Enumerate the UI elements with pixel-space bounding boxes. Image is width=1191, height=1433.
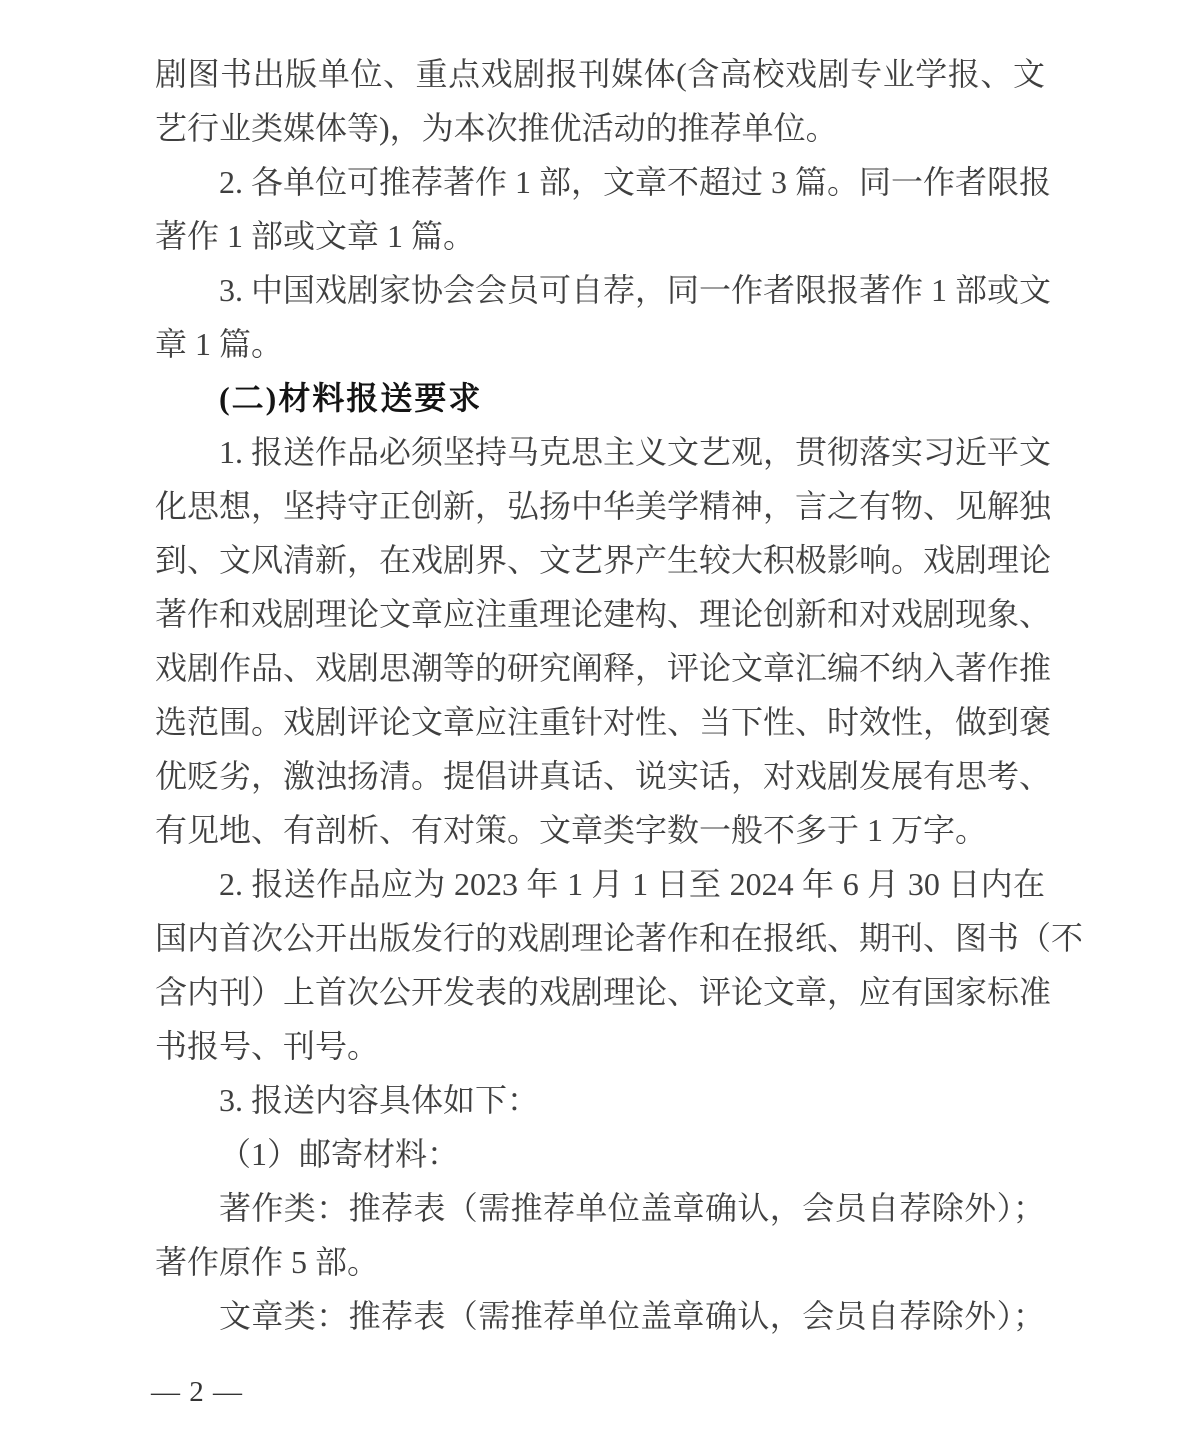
page-number: — 2 —	[151, 1372, 243, 1412]
text-line: （1）邮寄材料：	[155, 1127, 1045, 1181]
text-line: 著作类：推荐表（需推荐单位盖章确认，会员自荐除外）；	[155, 1181, 1045, 1235]
text-line: 到、文风清新，在戏剧界、文艺界产生较大积极影响。戏剧理论	[155, 533, 1045, 587]
document-page: 剧图书出版单位、重点戏剧报刊媒体(含高校戏剧专业学报、文 艺行业类媒体等)，为本…	[0, 0, 1191, 1433]
text-line: 著作原作 5 部。	[155, 1235, 1045, 1289]
text-line: 3. 中国戏剧家协会会员可自荐，同一作者限报著作 1 部或文	[155, 263, 1045, 317]
text-line: 著作和戏剧理论文章应注重理论建构、理论创新和对戏剧现象、	[155, 587, 1045, 641]
text-line: 化思想，坚持守正创新，弘扬中华美学精神，言之有物、见解独	[155, 479, 1045, 533]
text-line: 3. 报送内容具体如下：	[155, 1073, 1045, 1127]
text-line: 优贬劣，激浊扬清。提倡讲真话、说实话，对戏剧发展有思考、	[155, 749, 1045, 803]
section-heading: (二)材料报送要求	[155, 371, 1045, 425]
text-line: 书报号、刊号。	[155, 1019, 1045, 1073]
text-line: 有见地、有剖析、有对策。文章类字数一般不多于 1 万字。	[155, 803, 1045, 857]
text-line: 国内首次公开出版发行的戏剧理论著作和在报纸、期刊、图书（不	[155, 911, 1045, 965]
text-line: 戏剧作品、戏剧思潮等的研究阐释，评论文章汇编不纳入著作推	[155, 641, 1045, 695]
text-line: 艺行业类媒体等)，为本次推优活动的推荐单位。	[155, 101, 1045, 155]
text-line: 2. 各单位可推荐著作 1 部，文章不超过 3 篇。同一作者限报	[155, 155, 1045, 209]
text-line: 2. 报送作品应为 2023 年 1 月 1 日至 2024 年 6 月 30 …	[155, 857, 1045, 911]
text-line: 选范围。戏剧评论文章应注重针对性、当下性、时效性，做到褒	[155, 695, 1045, 749]
text-line: 文章类：推荐表（需推荐单位盖章确认，会员自荐除外）；	[155, 1289, 1045, 1343]
document-body: 剧图书出版单位、重点戏剧报刊媒体(含高校戏剧专业学报、文 艺行业类媒体等)，为本…	[155, 47, 1045, 1343]
text-line: 著作 1 部或文章 1 篇。	[155, 209, 1045, 263]
text-line: 剧图书出版单位、重点戏剧报刊媒体(含高校戏剧专业学报、文	[155, 47, 1045, 101]
text-line: 1. 报送作品必须坚持马克思主义文艺观，贯彻落实习近平文	[155, 425, 1045, 479]
text-line: 含内刊）上首次公开发表的戏剧理论、评论文章，应有国家标准	[155, 965, 1045, 1019]
text-line: 章 1 篇。	[155, 317, 1045, 371]
